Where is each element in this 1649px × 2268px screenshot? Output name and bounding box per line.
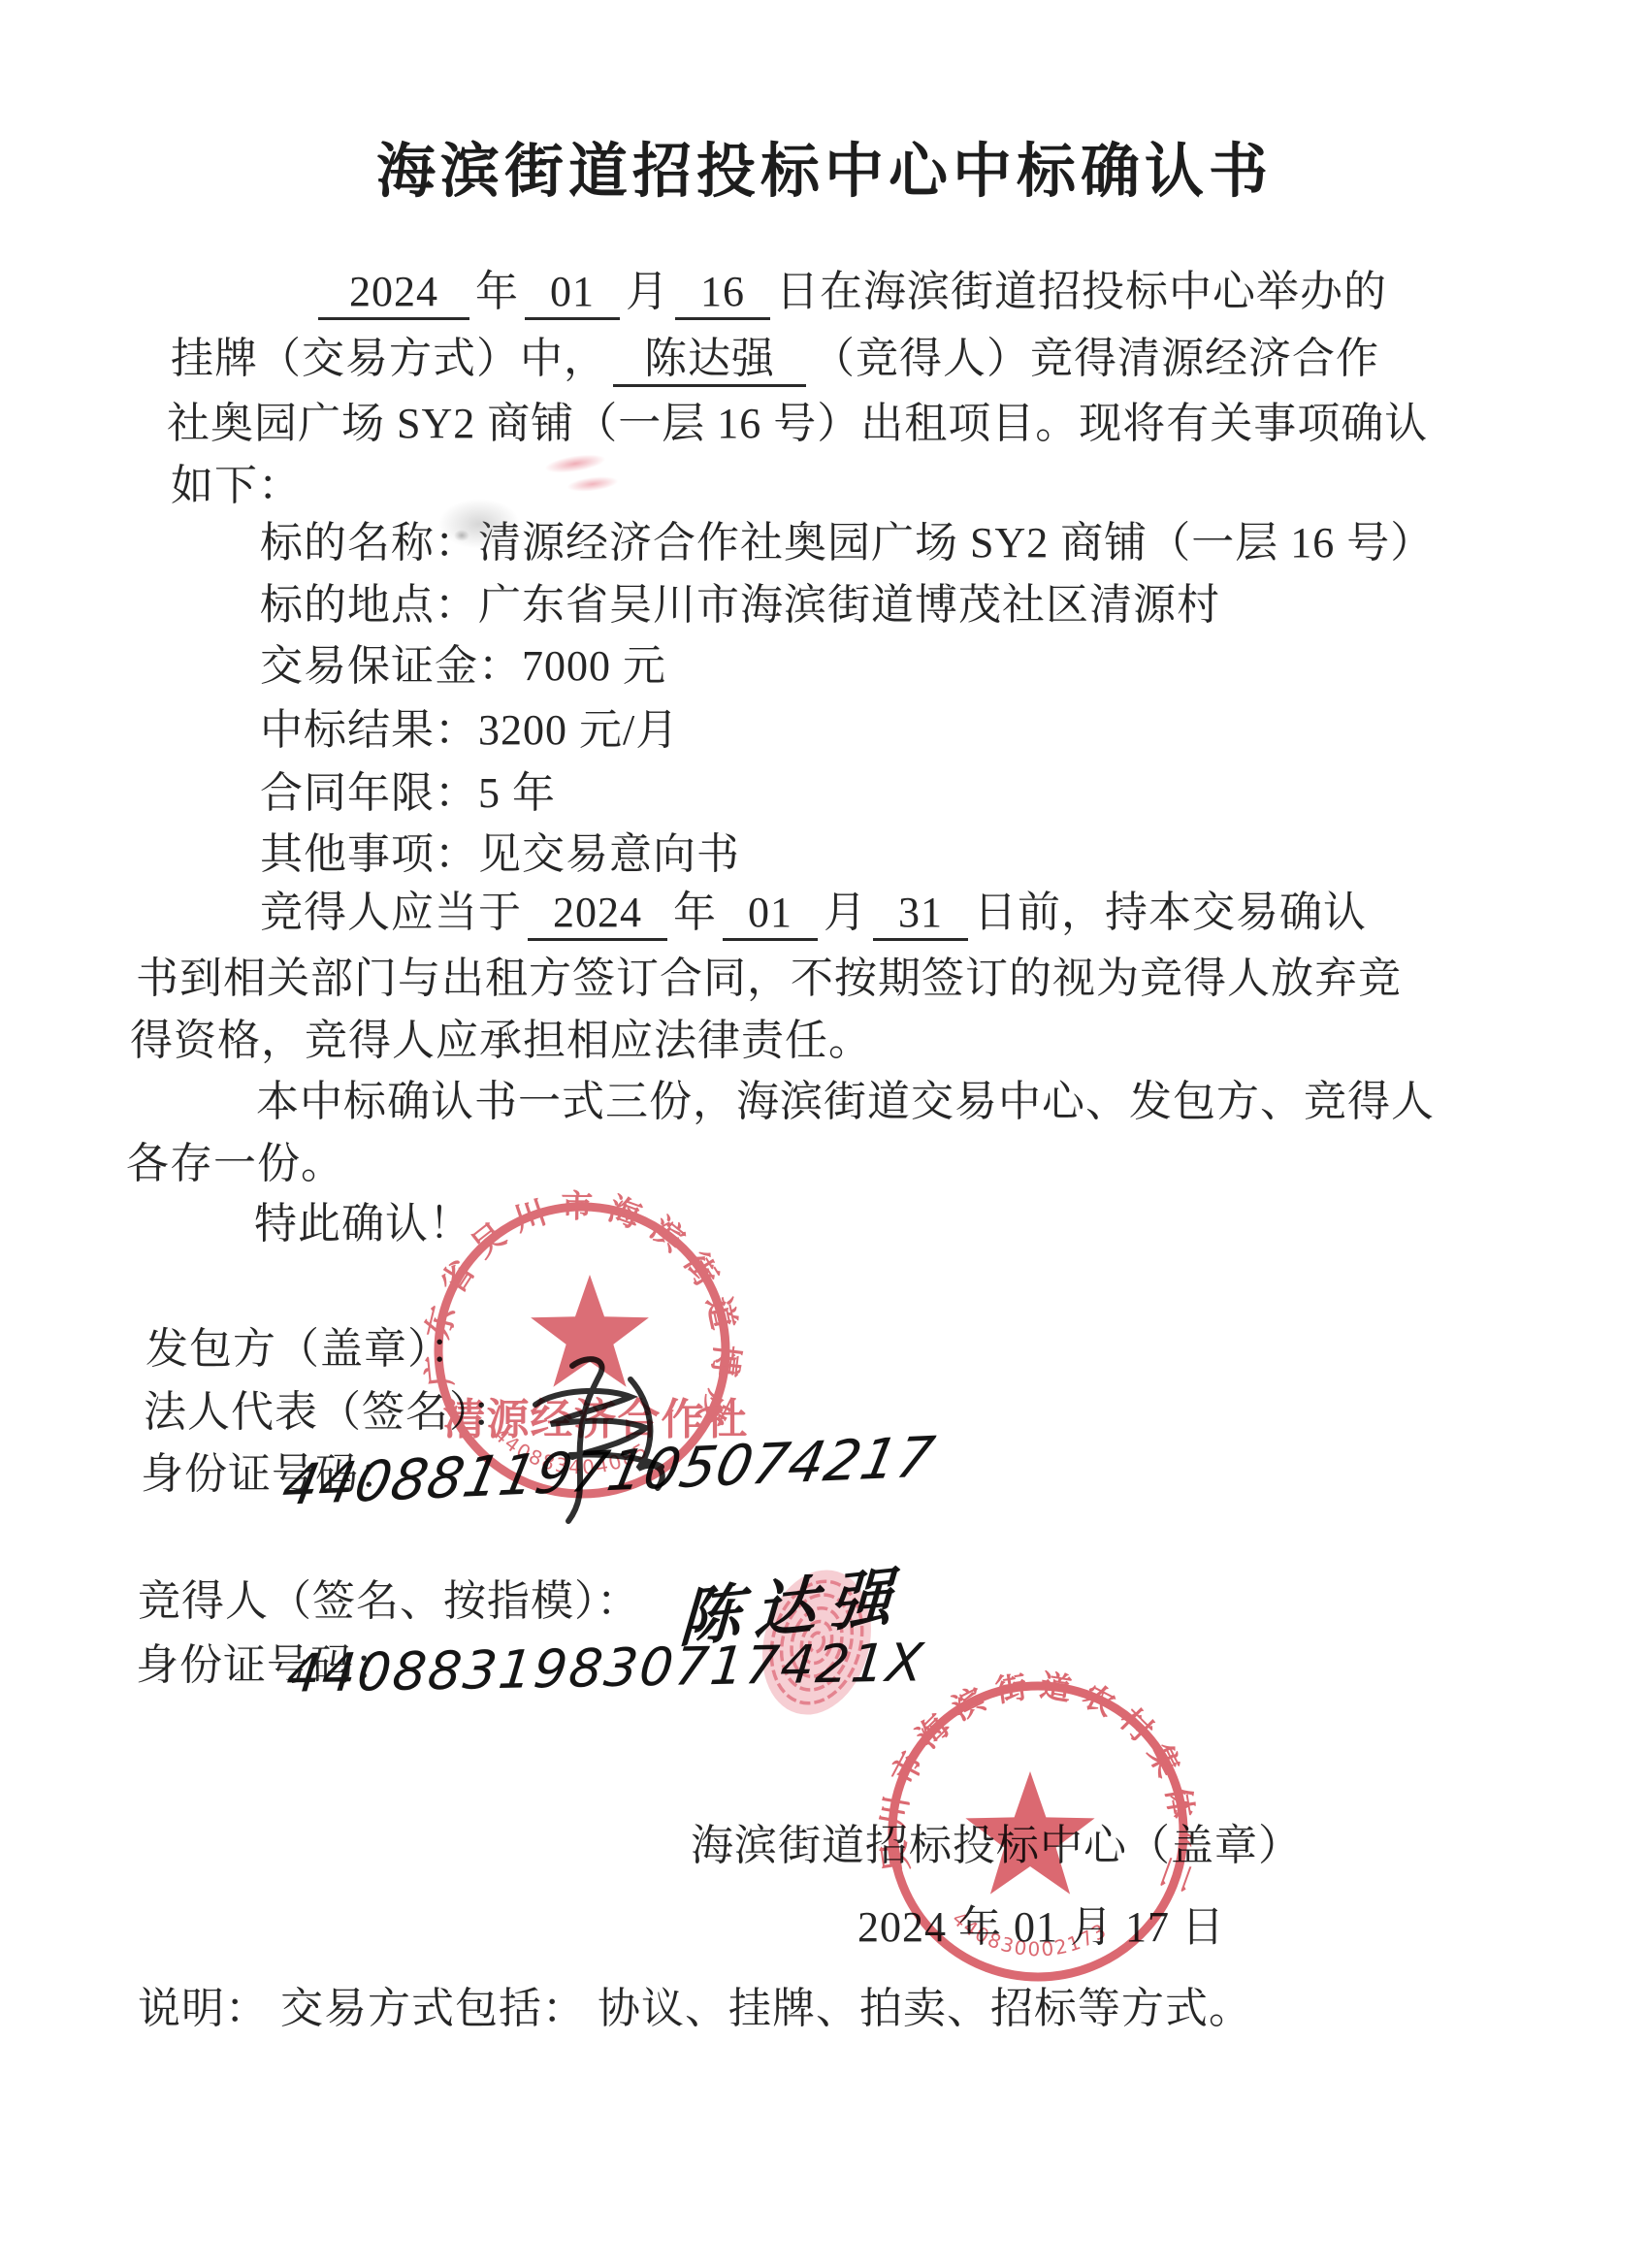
blank-month: 01 [525, 268, 620, 320]
blank-day: 16 [675, 268, 770, 320]
star-icon [531, 1275, 649, 1387]
field-subject-location: 标的地点：广东省吴川市海滨街道博茂社区清源村 [260, 581, 1220, 631]
copies-line-1: 本中标确认书一式三份，海滨街道交易中心、发包方、竞得人 [256, 1078, 1435, 1127]
intro-date-tail: 日在海滨街道招投标中心举办的 [776, 268, 1387, 315]
field-label: 交易保证金： [260, 642, 522, 690]
footer-note-line: 说明： 交易方式包括： 协议、挂牌、拍卖、招标等方式。 [138, 1985, 1252, 2034]
field-label: 其他事项： [260, 830, 478, 878]
copies-line-2: 各存一份。 [126, 1140, 344, 1189]
deadline-suffix: 日前，持本交易确认 [974, 889, 1367, 936]
deadline-line-1: 竞得人应当于2024年01月31日前，持本交易确认 [260, 889, 1367, 941]
month-label: 月 [824, 889, 867, 936]
field-other-matters: 其他事项：见交易意向书 [260, 830, 740, 880]
issuer-id-handwritten: 440881197105074217 [277, 1425, 941, 1518]
blank-deadline-year: 2024 [528, 889, 667, 941]
confirm-line: 特此确认！ [254, 1200, 472, 1249]
blank-winner-name: 陈达强 [613, 335, 806, 387]
year-label: 年 [673, 889, 717, 936]
winner-label: 竞得人（签名、按指模）： [138, 1577, 640, 1627]
field-subject-name: 标的名称：清源经济合作社奥园广场 SY2 商铺（一层 16 号） [260, 519, 1434, 568]
deadline-line-3: 得资格，竞得人应承担相应法律责任。 [130, 1017, 872, 1066]
intro-l2-suffix: （竞得人）竞得清源经济合作 [812, 335, 1379, 382]
field-value: 见交易意向书 [478, 830, 740, 878]
intro-line-4: 如下： [171, 462, 302, 511]
field-value: 7000 元 [522, 642, 666, 690]
field-bid-result: 中标结果：3200 元/月 [260, 706, 679, 756]
winner-id-handwritten: 44088319830717421X [284, 1632, 928, 1704]
field-label: 标的地点： [260, 581, 478, 629]
blank-deadline-day: 31 [873, 889, 968, 941]
field-label: 中标结果： [260, 706, 478, 754]
blank-deadline-month: 01 [723, 889, 818, 941]
field-label: 标的名称： [260, 519, 478, 567]
footer-org-line: 海滨街道招标投标中心（盖章） [691, 1822, 1302, 1871]
field-value: 3200 元/月 [478, 706, 679, 754]
field-value: 5 年 [478, 769, 556, 817]
issuer-seal-label: 发包方（盖章）： [145, 1325, 473, 1375]
intro-l2-prefix: 挂牌（交易方式）中， [171, 335, 607, 382]
field-value: 广东省吴川市海滨街道博茂社区清源村 [478, 581, 1220, 629]
deadline-line-2: 书到相关部门与出租方签订合同，不按期签订的视为竞得人放弃竞 [136, 955, 1402, 1004]
intro-line-2: 挂牌（交易方式）中，陈达强（竞得人）竞得清源经济合作 [171, 335, 1379, 387]
scanned-document-page: 海滨街道招投标中心中标确认书 2024年01月16日在海滨街道招投标中心举办的 … [0, 0, 1649, 2268]
field-contract-term: 合同年限：5 年 [260, 769, 556, 819]
intro-line-date: 2024年01月16日在海滨街道招投标中心举办的 [312, 268, 1387, 320]
intro-line-3: 社奥园广场 SY2 商铺（一层 16 号）出租项目。现将有关事项确认 [167, 400, 1428, 449]
field-label: 合同年限： [260, 769, 478, 817]
pink-smudge [544, 451, 606, 476]
month-label: 月 [626, 268, 669, 315]
pink-smudge [566, 474, 618, 494]
footer-date-line: 2024 年 01 月 17 日 [857, 1903, 1225, 1953]
document-title: 海滨街道招投标中心中标确认书 [376, 124, 1273, 209]
deadline-prefix: 竞得人应当于 [260, 889, 522, 936]
field-deposit: 交易保证金：7000 元 [260, 642, 666, 692]
blank-year: 2024 [318, 268, 469, 320]
field-value: 清源经济合作社奥园广场 SY2 商铺（一层 16 号） [478, 519, 1434, 567]
issuer-rep-label: 法人代表（签名）： [144, 1388, 515, 1438]
year-label: 年 [475, 268, 519, 315]
